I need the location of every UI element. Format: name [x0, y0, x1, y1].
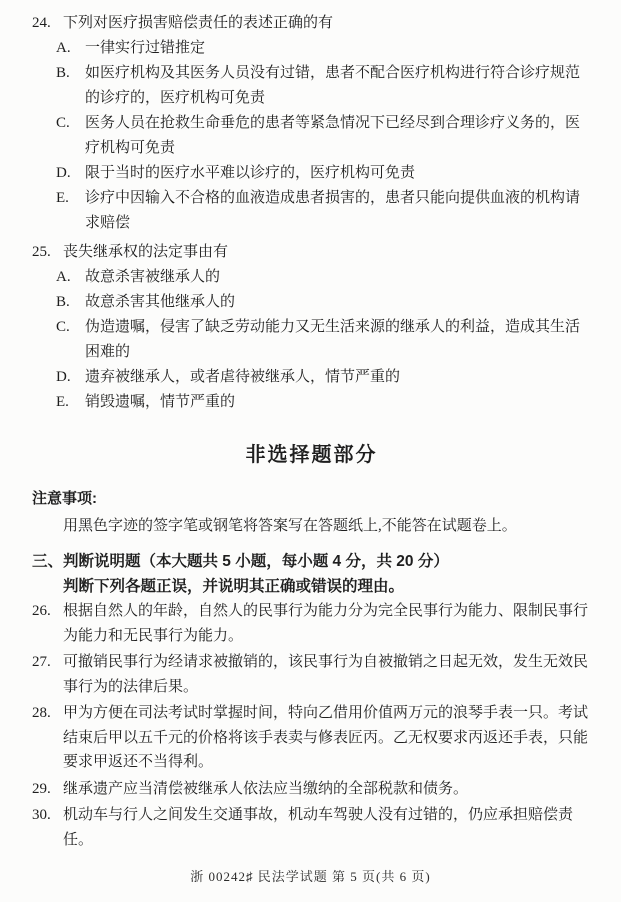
option-24-a: A. 一律实行过错推定 — [32, 36, 591, 61]
option-25-a: A. 故意杀害被继承人的 — [32, 265, 591, 290]
option-text: 遗弃被继承人，或者虐待被继承人，情节严重的 — [85, 365, 591, 390]
option-text: 如医疗机构及其医务人员没有过错，患者不配合医疗机构进行符合诊疗规范的诊疗的，医疗… — [85, 61, 591, 111]
exam-page: 24. 下列对医疗损害赔偿责任的表述正确的有 A. 一律实行过错推定 B. 如医… — [0, 0, 621, 902]
question-stem: 下列对医疗损害赔偿责任的表述正确的有 — [63, 11, 591, 36]
option-letter: E. — [56, 390, 85, 415]
option-letter: C. — [56, 315, 85, 365]
part-title: 判断说明题（本大题共 5 小题，每小题 4 分，共 20 分） — [63, 549, 449, 574]
question-text: 机动车与行人之间发生交通事故，机动车驾驶人没有过错的，仍应承担赔偿责任。 — [63, 803, 591, 852]
option-text: 一律实行过错推定 — [85, 36, 591, 61]
question-24-stem-row: 24. 下列对医疗损害赔偿责任的表述正确的有 — [32, 11, 591, 36]
option-letter: E. — [56, 186, 85, 236]
question-27: 27. 可撤销民事行为经请求被撤销的，该民事行为自被撤销之日起无效，发生无效民事… — [32, 650, 591, 699]
option-text: 销毁遗嘱，情节严重的 — [85, 390, 591, 415]
question-26: 26. 根据自然人的年龄，自然人的民事行为能力分为完全民事行为能力、限制民事行为… — [32, 599, 591, 648]
question-text: 可撤销民事行为经请求被撤销的，该民事行为自被撤销之日起无效，发生无效民事行为的法… — [63, 650, 591, 699]
option-25-c: C. 伪造遗嘱，侵害了缺乏劳动能力又无生活来源的继承人的利益，造成其生活困难的 — [32, 315, 591, 365]
question-text: 继承遗产应当清偿被继承人依法应当缴纳的全部税款和债务。 — [63, 777, 591, 802]
part-three-instruction: 判断下列各题正误，并说明其正确或错误的理由。 — [32, 574, 591, 599]
option-24-d: D. 限于当时的医疗水平难以诊疗的，医疗机构可免责 — [32, 161, 591, 186]
option-letter: B. — [56, 61, 85, 111]
option-letter: D. — [56, 161, 85, 186]
true-false-list: 26. 根据自然人的年龄，自然人的民事行为能力分为完全民事行为能力、限制民事行为… — [32, 599, 591, 852]
question-number: 26. — [32, 599, 63, 648]
option-text: 伪造遗嘱，侵害了缺乏劳动能力又无生活来源的继承人的利益，造成其生活困难的 — [85, 315, 591, 365]
question-number: 25. — [32, 240, 63, 265]
part-three-heading: 三、 判断说明题（本大题共 5 小题，每小题 4 分，共 20 分） — [32, 549, 591, 574]
option-text: 故意杀害被继承人的 — [85, 265, 591, 290]
option-text: 限于当时的医疗水平难以诊疗的，医疗机构可免责 — [85, 161, 591, 186]
option-text: 故意杀害其他继承人的 — [85, 290, 591, 315]
question-number: 29. — [32, 777, 63, 802]
question-stem: 丧失继承权的法定事由有 — [63, 240, 591, 265]
question-28: 28. 甲为方便在司法考试时掌握时间，特向乙借用价值两万元的浪琴手表一只。考试结… — [32, 701, 591, 775]
option-25-b: B. 故意杀害其他继承人的 — [32, 290, 591, 315]
option-24-c: C. 医务人员在抢救生命垂危的患者等紧急情况下已经尽到合理诊疗义务的，医疗机构可… — [32, 111, 591, 161]
option-letter: D. — [56, 365, 85, 390]
question-number: 27. — [32, 650, 63, 699]
question-text: 根据自然人的年龄，自然人的民事行为能力分为完全民事行为能力、限制民事行为能力和无… — [63, 599, 591, 648]
page-footer: 浙 00242♯ 民法学试题 第 5 页(共 6 页) — [0, 866, 621, 885]
option-letter: A. — [56, 36, 85, 61]
question-30: 30. 机动车与行人之间发生交通事故，机动车驾驶人没有过错的，仍应承担赔偿责任。 — [32, 803, 591, 852]
section-title: 非选择题部分 — [32, 442, 591, 468]
question-number: 24. — [32, 11, 63, 36]
question-25: 25. 丧失继承权的法定事由有 A. 故意杀害被继承人的 B. 故意杀害其他继承… — [32, 240, 591, 415]
option-letter: B. — [56, 290, 85, 315]
option-text: 诊疗中因输入不合格的血液造成患者损害的，患者只能向提供血液的机构请求赔偿 — [85, 186, 591, 236]
option-letter: C. — [56, 111, 85, 161]
part-number: 三、 — [32, 549, 63, 574]
question-29: 29. 继承遗产应当清偿被继承人依法应当缴纳的全部税款和债务。 — [32, 777, 591, 802]
option-24-e: E. 诊疗中因输入不合格的血液造成患者损害的，患者只能向提供血液的机构请求赔偿 — [32, 186, 591, 236]
notice-label: 注意事项: — [32, 488, 591, 510]
option-text: 医务人员在抢救生命垂危的患者等紧急情况下已经尽到合理诊疗义务的，医疗机构可免责 — [85, 111, 591, 161]
option-25-d: D. 遗弃被继承人，或者虐待被继承人，情节严重的 — [32, 365, 591, 390]
question-number: 28. — [32, 701, 63, 775]
option-letter: A. — [56, 265, 85, 290]
question-24: 24. 下列对医疗损害赔偿责任的表述正确的有 A. 一律实行过错推定 B. 如医… — [32, 11, 591, 236]
option-25-e: E. 销毁遗嘱，情节严重的 — [32, 390, 591, 415]
question-25-stem-row: 25. 丧失继承权的法定事由有 — [32, 240, 591, 265]
option-24-b: B. 如医疗机构及其医务人员没有过错，患者不配合医疗机构进行符合诊疗规范的诊疗的… — [32, 61, 591, 111]
notice-text: 用黑色字迹的签字笔或钢笔将答案写在答题纸上,不能答在试题卷上。 — [32, 514, 591, 538]
question-number: 30. — [32, 803, 63, 852]
question-text: 甲为方便在司法考试时掌握时间，特向乙借用价值两万元的浪琴手表一只。考试结束后甲以… — [63, 701, 591, 775]
